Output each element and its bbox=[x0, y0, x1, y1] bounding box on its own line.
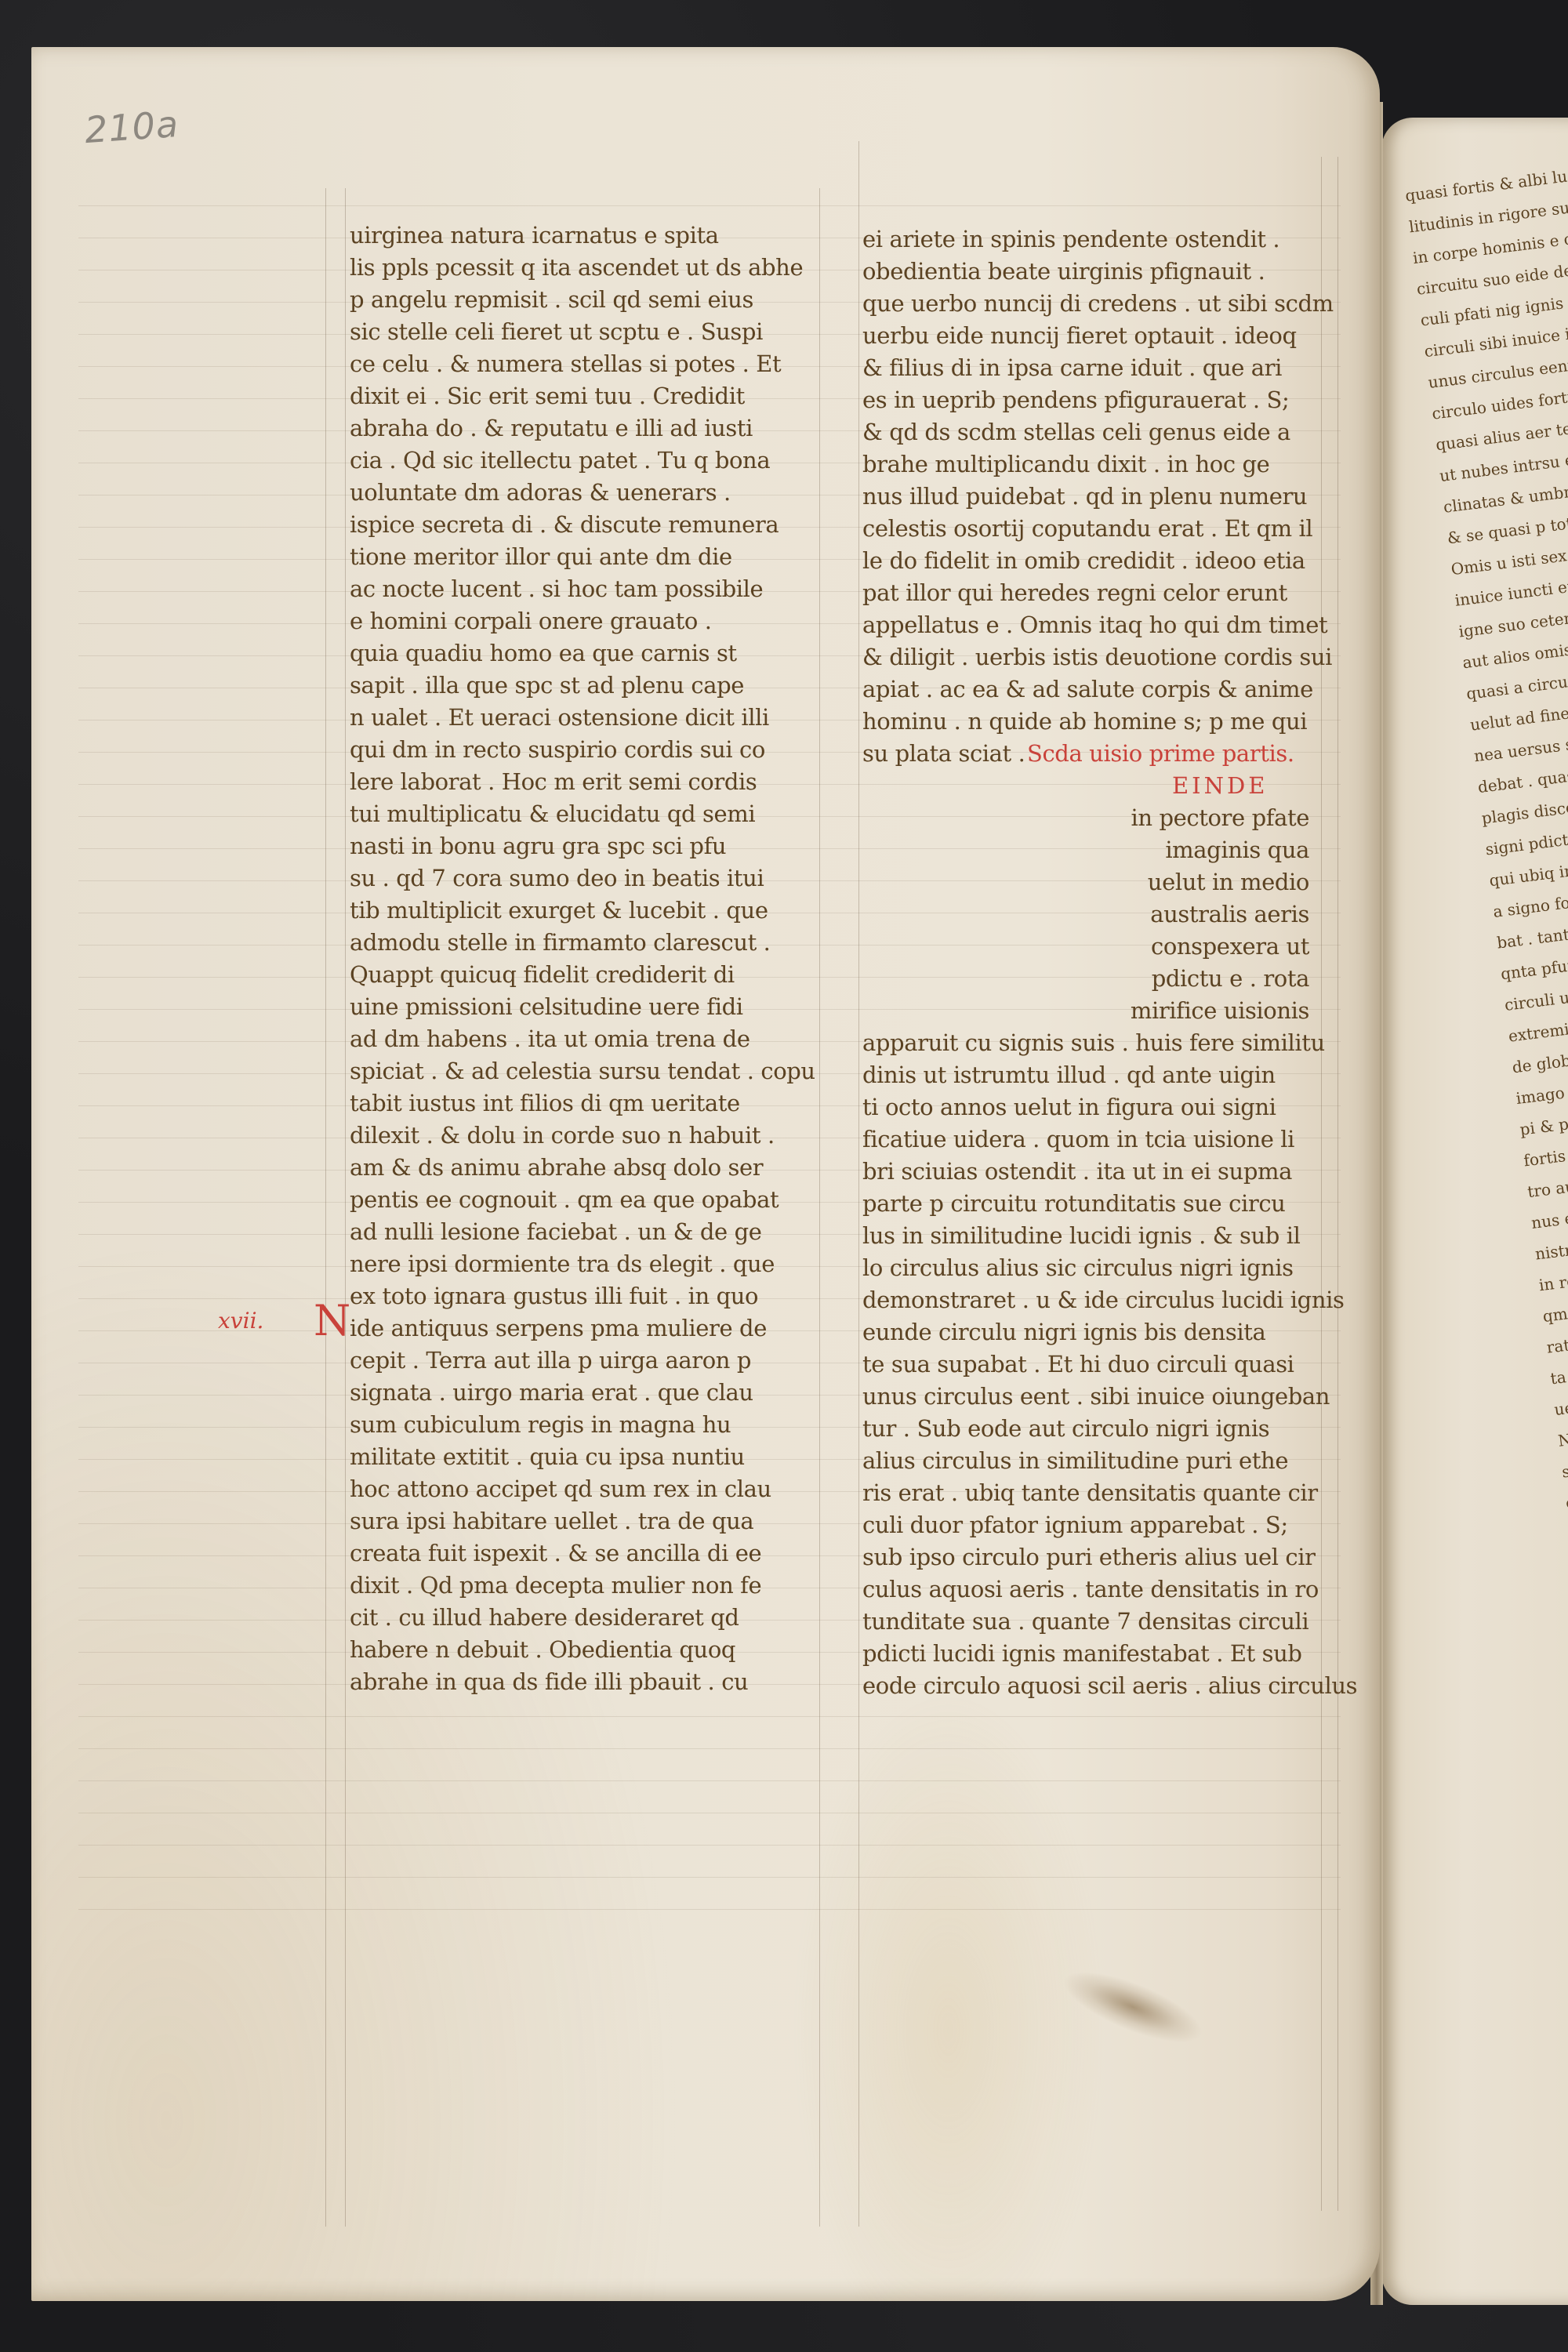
ruling-line-right-outer bbox=[1338, 157, 1338, 2211]
text-line: lere laborat . Hoc m erit semi cordis bbox=[350, 766, 820, 798]
text-line: tabit iustus int filios di qm ueritate bbox=[350, 1087, 820, 1120]
text-line: unus circulus eent . sibi inuice oiungeb… bbox=[862, 1381, 1333, 1413]
text-line: uirginea natura icarnatus e spita bbox=[350, 220, 820, 252]
ruling-line-right-col-start bbox=[858, 141, 859, 2227]
text-line: eunde circulu nigri ignis bis densita bbox=[862, 1316, 1333, 1348]
text-line: tur . Sub eode aut circulo nigri ignis bbox=[862, 1413, 1333, 1445]
text-line: e homini corpali onere grauato . bbox=[350, 605, 820, 637]
text-line: ce celu . & numera stellas si potes . Et bbox=[350, 348, 820, 380]
text-line: & qd ds scdm stellas celi genus eide a bbox=[862, 416, 1333, 448]
text-line: nasti in bonu agru gra spc sci pfu bbox=[350, 830, 820, 862]
ruling-line-horizontal bbox=[78, 1909, 1341, 1910]
text-line: sapit . illa que spc st ad plenu cape bbox=[350, 670, 820, 702]
text-line: abraha do . & reputatu e illi ad iusti bbox=[350, 412, 820, 445]
text-line: sic stelle celi fieret ut scptu e . Susp… bbox=[350, 316, 820, 348]
text-line: hoc attono accipet qd sum rex in clau bbox=[350, 1473, 820, 1505]
right-column: ei ariete in spinis pendente ostendit .o… bbox=[862, 223, 1333, 1702]
text-line: n ualet . Et ueraci ostensione dicit ill… bbox=[350, 702, 820, 734]
text-line: ficatiue uidera . quom in tcia uisione l… bbox=[862, 1123, 1333, 1156]
indented-text-line: pdictu e . rota bbox=[862, 963, 1333, 995]
text-line: ei ariete in spinis pendente ostendit . bbox=[862, 223, 1333, 256]
text-line: ti octo annos uelut in figura oui signi bbox=[862, 1091, 1333, 1123]
chapter-initial-letter: N bbox=[314, 1300, 350, 1342]
text-line: habere n debuit . Obedientia quoq bbox=[350, 1634, 820, 1666]
rubric-incipit: EINDE bbox=[1172, 772, 1268, 799]
text-line: tib multiplicit exurget & lucebit . que bbox=[350, 895, 820, 927]
text-line: culus aquosi aeris . tante densitatis in… bbox=[862, 1573, 1333, 1606]
text-line: uerbu eide nuncij fieret optauit . ideoq bbox=[862, 320, 1333, 352]
left-column-text-before-chapter: uirginea natura icarnatus e spitalis ppl… bbox=[350, 220, 820, 1152]
text-line: ide antiquus serpens pma muliere de bbox=[350, 1312, 820, 1345]
ruling-line-left-inner bbox=[345, 188, 346, 2227]
text-line: celestis osortij coputandu erat . Et qm … bbox=[862, 513, 1333, 545]
text-line: qui dm in recto suspirio cordis sui co bbox=[350, 734, 820, 766]
text-line: lis ppls pcessit q ita ascendet ut ds ab… bbox=[350, 252, 820, 284]
text-line: am & ds animu abrahe absq dolo ser bbox=[350, 1152, 820, 1184]
text-line: & diligit . uerbis istis deuotione cordi… bbox=[862, 641, 1333, 673]
right-column-text-top: ei ariete in spinis pendente ostendit .o… bbox=[862, 223, 1333, 770]
text-line: dixit . Qd pma decepta mulier non fe bbox=[350, 1570, 820, 1602]
text-line: dilexit . & dolu in corde suo n habuit . bbox=[350, 1120, 820, 1152]
rubric-incipit-line: EINDE bbox=[862, 770, 1333, 802]
text-line: hominu . n quide ab homine s; p me qui bbox=[862, 706, 1333, 738]
text-line: culi duor pfator ignium apparebat . S; bbox=[862, 1509, 1333, 1541]
text-line: tunditate sua . quante 7 densitas circul… bbox=[862, 1606, 1333, 1638]
indented-text-line: mirifice uisionis bbox=[862, 995, 1333, 1027]
ruling-line-horizontal bbox=[78, 1877, 1341, 1878]
text-line: obedientia beate uirginis pfignauit . bbox=[862, 256, 1333, 288]
ruling-line-left-outer bbox=[325, 188, 326, 2227]
text-line: dinis ut istrumtu illud . qd ante uigin bbox=[862, 1059, 1333, 1091]
text-line: sum cubiculum regis in magna hu bbox=[350, 1409, 820, 1441]
text-line: ex toto ignara gustus illi fuit . in quo bbox=[350, 1280, 820, 1312]
text-line: lo circulus alius sic circulus nigri ign… bbox=[862, 1252, 1333, 1284]
text-line: cia . Qd sic itellectu patet . Tu q bona bbox=[350, 445, 820, 477]
text-line: eode circulo aquosi scil aeris . alius c… bbox=[862, 1670, 1333, 1702]
right-column-indented-text: in pectore pfateimaginis quauelut in med… bbox=[862, 802, 1333, 1027]
ruling-line-horizontal bbox=[78, 205, 1341, 206]
text-line: nere ipsi dormiente tra ds elegit . que bbox=[350, 1248, 820, 1280]
text-line: cit . cu illud habere desideraret qd bbox=[350, 1602, 820, 1634]
text-line: pentis ee cognouit . qm ea que opabat bbox=[350, 1184, 820, 1216]
indented-text-line: conspexera ut bbox=[862, 931, 1333, 963]
rubric-heading: Scda uisio prime partis. bbox=[1027, 740, 1294, 767]
text-line: ad nulli lesione faciebat . un & de ge bbox=[350, 1216, 820, 1248]
text-line: lus in similitudine lucidi ignis . & sub… bbox=[862, 1220, 1333, 1252]
text-line: te sua supabat . Et hi duo circuli quasi bbox=[862, 1348, 1333, 1381]
text-line: tione meritor illor qui ante dm die bbox=[350, 541, 820, 573]
text-line: bri sciuias ostendit . ita ut in ei supm… bbox=[862, 1156, 1333, 1188]
text-line: admodu stelle in firmamto clarescut . bbox=[350, 927, 820, 959]
text-line: nus illud puidebat . qd in plenu numeru bbox=[862, 481, 1333, 513]
text-line: creata fuit ispexit . & se ancilla di ee bbox=[350, 1537, 820, 1570]
text-line: spiciat . & ad celestia sursu tendat . c… bbox=[350, 1055, 820, 1087]
text-line: que uerbo nuncij di credens . ut sibi sc… bbox=[862, 288, 1333, 320]
ruling-line-horizontal bbox=[78, 1845, 1341, 1846]
text-line: uine pmissioni celsitudine uere fidi bbox=[350, 991, 820, 1023]
ruling-line-horizontal bbox=[78, 1780, 1341, 1781]
text-line: Quappt quicuq fidelit crediderit di bbox=[350, 959, 820, 991]
text-line: ad dm habens . ita ut omia trena de bbox=[350, 1023, 820, 1055]
text-line: apiat . ac ea & ad salute corpis & anime bbox=[862, 673, 1333, 706]
text-line: p angelu repmisit . scil qd semi eius bbox=[350, 284, 820, 316]
ruling-line-horizontal bbox=[78, 1813, 1341, 1813]
text-line: su . qd 7 cora sumo deo in beatis itui bbox=[350, 862, 820, 895]
text-line: dixit ei . Sic erit semi tuu . Credidit bbox=[350, 380, 820, 412]
text-line: sura ipsi habitare uellet . tra de qua bbox=[350, 1505, 820, 1537]
text-line: militate extitit . quia cu ipsa nuntiu bbox=[350, 1441, 820, 1473]
text-line: apparuit cu signis suis . huis fere simi… bbox=[862, 1027, 1333, 1059]
text-line: quia quadiu homo ea que carnis st bbox=[350, 637, 820, 670]
text-line: ris erat . ubiq tante densitatis quante … bbox=[862, 1477, 1333, 1509]
text-line: uoluntate dm adoras & uenerars . bbox=[350, 477, 820, 509]
left-column: uirginea natura icarnatus e spitalis ppl… bbox=[350, 220, 820, 1698]
text-line: es in ueprib pendens pfigurauerat . S; bbox=[862, 384, 1333, 416]
left-column-text-after-chapter: am & ds animu abrahe absq dolo serpentis… bbox=[350, 1152, 820, 1698]
text-line: & filius di in ipsa carne iduit . que ar… bbox=[862, 352, 1333, 384]
text-line: pat illor qui heredes regni celor erunt bbox=[862, 577, 1333, 609]
text-line: alius circulus in similitudine puri ethe bbox=[862, 1445, 1333, 1477]
text-line: ispice secreta di . & discute remunera bbox=[350, 509, 820, 541]
text-line: pdicti lucidi ignis manifestabat . Et su… bbox=[862, 1638, 1333, 1670]
text-line: sub ipso circulo puri etheris alius uel … bbox=[862, 1541, 1333, 1573]
indented-text-line: uelut in medio bbox=[862, 866, 1333, 898]
text-line: appellatus e . Omnis itaq ho qui dm time… bbox=[862, 609, 1333, 641]
right-column-text-bottom: apparuit cu signis suis . huis fere simi… bbox=[862, 1027, 1333, 1702]
text-line: ac nocte lucent . si hoc tam possibile bbox=[350, 573, 820, 605]
text-line: parte p circuitu rotunditatis sue circu bbox=[862, 1188, 1333, 1220]
text-line: abrahe in qua ds fide illi pbauit . cu bbox=[350, 1666, 820, 1698]
indented-text-line: in pectore pfate bbox=[862, 802, 1333, 834]
text-line: le do fidelit in omib credidit . ideoo e… bbox=[862, 545, 1333, 577]
chapter-number-marker: xvii. bbox=[218, 1308, 263, 1334]
text-line: brahe multiplicandu dixit . in hoc ge bbox=[862, 448, 1333, 481]
text-line: demonstraret . u & ide circulus lucidi i… bbox=[862, 1284, 1333, 1316]
text-line: cepit . Terra aut illa p uirga aaron p bbox=[350, 1345, 820, 1377]
ruling-line-horizontal bbox=[78, 1716, 1341, 1717]
folio-number: 210a bbox=[83, 103, 180, 151]
ruling-line-horizontal bbox=[78, 1748, 1341, 1749]
indented-text-line: imaginis qua bbox=[862, 834, 1333, 866]
text-line: signata . uirgo maria erat . que clau bbox=[350, 1377, 820, 1409]
text-line: tui multiplicatu & elucidatu qd semi bbox=[350, 798, 820, 830]
indented-text-line: australis aeris bbox=[862, 898, 1333, 931]
